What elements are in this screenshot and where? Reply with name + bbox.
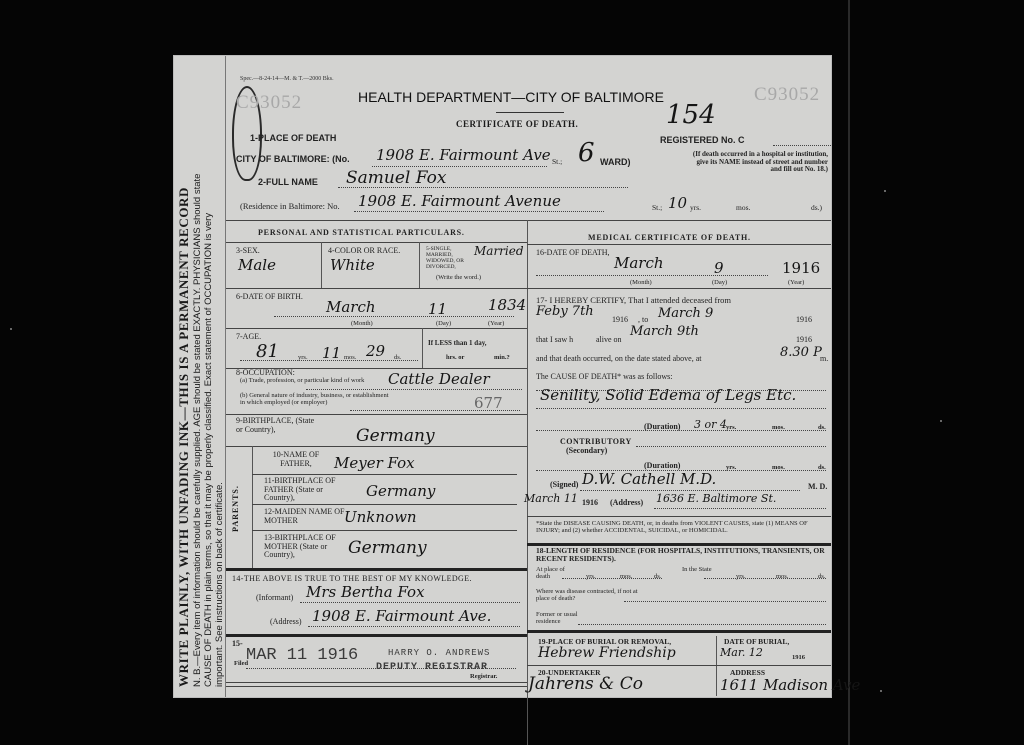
duration-yrs-label: yrs.	[726, 424, 736, 431]
divider	[252, 474, 517, 475]
dod-day-caption: (Day)	[712, 279, 727, 286]
day-caption: (Day)	[436, 320, 451, 327]
dob-field	[274, 316, 514, 317]
divider	[527, 630, 831, 633]
medical-header: MEDICAL CERTIFICATE OF DEATH.	[588, 233, 751, 242]
attended-to: March 9	[658, 306, 713, 321]
residence-st-label: St.;	[652, 203, 662, 212]
year-caption: (Year)	[488, 320, 504, 327]
nb-notice-2: CAUSE OF DEATH in plain terms, so that i…	[203, 67, 214, 687]
divider	[226, 446, 527, 447]
divider	[252, 530, 517, 531]
certificate-title: CERTIFICATE OF DEATH.	[456, 119, 578, 129]
dob-year: 1834	[488, 296, 526, 314]
title-rule	[496, 112, 564, 113]
film-edge-line	[848, 0, 850, 745]
saw-alive-label: that I saw h	[536, 336, 573, 345]
age-mos-label: mos.	[344, 354, 356, 361]
spec-line: Spec.—8-24-14—M. & T.—2000 Bks.	[240, 76, 334, 82]
birthplace-value: Germany	[356, 426, 435, 446]
residence-label: (Residence in Baltimore: No.	[240, 201, 340, 211]
undertaker-address-value: 1611 Madison Ave	[720, 676, 860, 694]
in-state-field	[704, 578, 826, 579]
full-name-label: 2-FULL NAME	[258, 177, 318, 187]
alive-on-label: alive on	[596, 336, 622, 345]
ward-label: WARD)	[600, 157, 631, 167]
hospital-note: (If death occurred in a hospital or inst…	[688, 151, 828, 174]
divider	[226, 568, 527, 571]
serial-number-right: C93052	[754, 84, 820, 106]
death-certificate: WRITE PLAINLY, WITH UNFADING INK—THIS IS…	[173, 55, 832, 698]
mother-birthplace-value: Germany	[348, 538, 427, 558]
nb-notice-3: important. See instructions on back of c…	[214, 67, 225, 687]
physician-address-label: (Address)	[610, 499, 643, 508]
registrar-name-stamp: HARRY O. ANDREWS	[388, 648, 490, 658]
personal-header: PERSONAL AND STATISTICAL PARTICULARS.	[258, 228, 465, 237]
at-place-field	[562, 578, 662, 579]
registrar-label: Registrar.	[470, 673, 497, 680]
duration-years: 3 or 4	[694, 418, 727, 431]
full-name-value: Samuel Fox	[346, 168, 446, 188]
cell-divider	[419, 242, 420, 288]
in-state-ds: ds.	[818, 573, 825, 580]
informant-address-value: 1908 E. Fairmount Ave.	[312, 607, 491, 625]
year-191-1: 1916	[612, 316, 628, 325]
physician-address: 1636 E. Baltimore St.	[656, 492, 776, 505]
undertaker-value: Jahrens & Co	[528, 674, 643, 694]
informant-field	[300, 602, 520, 603]
saw-alive-date: March 9th	[630, 324, 699, 339]
column-divider	[527, 220, 528, 745]
film-speck	[884, 190, 886, 192]
year-191-2: 1916	[796, 316, 812, 325]
dod-month: March	[614, 254, 664, 272]
film-speck	[940, 420, 942, 422]
disease-contracted-field	[624, 601, 826, 602]
physician-address-field	[654, 508, 826, 509]
place-of-death-label: 1-PLACE OF DEATH	[250, 133, 336, 143]
divider	[226, 682, 527, 683]
dod-month-caption: (Month)	[630, 279, 652, 286]
registered-no-label: REGISTERED No. C	[660, 135, 745, 145]
burial-date-label: DATE OF BURIAL,	[724, 638, 789, 645]
contrib-mos-label: mos.	[772, 464, 785, 471]
divider	[226, 288, 527, 289]
parents-divider	[252, 446, 253, 568]
mother-name-value: Unknown	[344, 508, 417, 526]
burial-place-label: 19-PLACE OF BURIAL OR REMOVAL,	[538, 638, 671, 645]
duration-label: (Duration)	[644, 423, 680, 432]
registrar-title-stamp: DEPUTY REGISTRAR	[376, 662, 488, 673]
divider	[252, 504, 517, 505]
burial-year: 1916	[792, 654, 805, 661]
divider	[527, 244, 831, 245]
residence-yrs-label: yrs.	[690, 203, 701, 212]
age-months: 11	[322, 344, 341, 362]
at-place-ds: ds.	[654, 573, 661, 580]
year-191-3: 1916	[796, 336, 812, 345]
divider	[527, 665, 831, 666]
physician-signature: D.W. Cathell M.D.	[582, 470, 716, 488]
address-field	[372, 166, 547, 167]
former-residence-label: Former or usual residence	[536, 611, 586, 625]
age-days: 29	[366, 342, 385, 360]
contrib-ds-label: ds.	[818, 464, 826, 471]
occurred-text: and that death occurred, on the date sta…	[536, 355, 701, 364]
occupation-b-label: (b) General nature of industry, business…	[240, 392, 390, 406]
dob-day: 11	[428, 300, 447, 318]
residence-ds-label: ds.)	[811, 203, 822, 212]
sex-label: 3-SEX.	[236, 247, 260, 256]
residence-years: 10	[668, 194, 687, 212]
parents-label: PARENTS.	[231, 485, 240, 532]
margin-instructions: WRITE PLAINLY, WITH UNFADING INK—THIS IS…	[174, 56, 226, 697]
burial-date-value: Mar. 12	[720, 646, 763, 659]
serial-number-left: C93052	[236, 92, 302, 114]
informant-address-label: (Address)	[270, 618, 302, 625]
marital-value: Married	[474, 244, 524, 258]
dod-field	[536, 275, 768, 276]
marital-note: (Write the word.)	[436, 274, 481, 281]
residence-mos-label: mos.	[736, 203, 750, 212]
duration-ds-label: ds.	[818, 424, 826, 431]
st-label: St.;	[552, 157, 562, 166]
attended-from: Feby 7th	[536, 304, 594, 319]
informant-address-field	[308, 626, 520, 627]
sex-value: Male	[238, 256, 276, 274]
dod-year-caption: (Year)	[788, 279, 804, 286]
department-title: HEALTH DEPARTMENT—CITY OF BALTIMORE	[358, 89, 664, 105]
race-label: 4-COLOR OR RACE.	[328, 247, 400, 256]
registered-no-field	[773, 145, 831, 146]
divider	[527, 288, 831, 289]
informant-label: (Informant)	[256, 594, 293, 601]
mother-name-label: 12-MAIDEN NAME OF MOTHER	[264, 508, 348, 525]
nb-notice-1: N. B.—Every item of information should b…	[192, 67, 203, 687]
disease-contracted-label: Where was disease contracted, if not at …	[536, 588, 646, 602]
residence-field	[354, 211, 604, 212]
cause-field-2	[536, 408, 826, 409]
hrs-label: hrs. or	[446, 354, 464, 361]
divider	[226, 686, 527, 687]
cause-of-death: Senility, Solid Edema of Legs Etc.	[540, 386, 796, 404]
dod-year: 1916	[782, 259, 820, 277]
m-label: m.	[820, 355, 828, 364]
dob-month: March	[326, 298, 376, 316]
residence-value: 1908 E. Fairmount Avenue	[358, 192, 561, 210]
signed-date: March 11	[524, 492, 578, 505]
cell-divider	[716, 636, 717, 696]
duration-mos-label: mos.	[772, 424, 785, 431]
ward-number: 6	[578, 138, 595, 168]
md-label: M. D.	[808, 483, 827, 492]
father-birthplace-label: 11-BIRTHPLACE OF FATHER (State or Countr…	[264, 477, 354, 503]
father-value: Meyer Fox	[334, 454, 415, 472]
secondary-label: (Secondary)	[566, 447, 607, 456]
contributory-field	[636, 446, 826, 447]
informant-value: Mrs Bertha Fox	[306, 583, 425, 601]
in-state-yrs: yrs.	[736, 573, 746, 580]
dob-label: 6-DATE OF BIRTH.	[236, 293, 303, 302]
cause-label: The CAUSE OF DEATH* was as follows:	[536, 373, 672, 382]
age-ds-label: ds.	[394, 354, 401, 361]
less-than-day-label: If LESS than 1 day,	[428, 339, 487, 348]
age-yrs-label: yrs.	[298, 354, 308, 361]
month-caption: (Month)	[351, 320, 373, 327]
race-value: White	[330, 256, 375, 274]
cell-divider	[422, 328, 423, 368]
at-place-mos: mos.	[620, 573, 632, 580]
filed-date-stamp: MAR 11 1916	[246, 646, 358, 665]
divider	[226, 328, 527, 329]
in-state-mos: mos.	[776, 573, 788, 580]
cause-footnote: *State the DISEASE CAUSING DEATH, or, in…	[536, 520, 828, 534]
city-label: CITY OF BALTIMORE: (No.	[236, 154, 350, 164]
father-birthplace-value: Germany	[366, 482, 435, 500]
former-residence-field	[578, 624, 826, 625]
place-of-death-address: 1908 E. Fairmount Ave	[376, 146, 551, 164]
film-speck	[10, 328, 12, 330]
date-of-death-label: 16-DATE OF DEATH,	[536, 249, 610, 258]
occupation-code: 677	[474, 394, 503, 412]
time-of-death: 8.30 P	[780, 345, 822, 360]
at-place-yrs: yrs.	[586, 573, 596, 580]
occupation-field	[306, 389, 522, 390]
burial-place-value: Hebrew Friendship	[538, 645, 676, 661]
certificate-form: Spec.—8-24-14—M. & T.—2000 Bks. C93052 C…	[226, 56, 831, 697]
divider	[226, 242, 527, 243]
divider	[527, 516, 831, 517]
father-label: 10-NAME OF FATHER,	[264, 451, 328, 468]
divider	[226, 414, 527, 415]
marital-label: 5-SINGLE, MARRIED, WIDOWED, OR DIVORCED,	[426, 246, 471, 270]
dod-day: 9	[714, 259, 724, 277]
signed-field	[580, 490, 800, 491]
residence-length-label: 18-LENGTH OF RESIDENCE (FOR HOSPITALS, I…	[536, 547, 828, 563]
filed-section-label: 15-	[232, 640, 243, 649]
occupation-a-label: (a) Trade, profession, or particular kin…	[240, 377, 390, 384]
divider	[226, 634, 527, 637]
occupation-value: Cattle Dealer	[388, 370, 490, 388]
in-state-label: In the State	[682, 566, 712, 573]
min-label: min.?	[494, 354, 510, 361]
film-speck	[880, 690, 882, 692]
birthplace-label: 9-BIRTHPLACE, (State or Country),	[236, 417, 316, 434]
cell-divider	[321, 242, 322, 288]
contrib-yrs-label: yrs.	[726, 464, 736, 471]
mother-birthplace-label: 13-BIRTHPLACE OF MOTHER (State or Countr…	[264, 534, 354, 560]
signed-label: (Signed)	[550, 481, 578, 490]
undertaker-address-label: ADDRESS	[730, 669, 765, 676]
signed-year: 1916	[582, 499, 598, 508]
registered-no-handwritten: 154	[666, 100, 716, 130]
age-years: 81	[256, 341, 279, 362]
write-plainly-notice: WRITE PLAINLY, WITH UNFADING INK—THIS IS…	[176, 67, 192, 687]
divider	[226, 220, 831, 221]
